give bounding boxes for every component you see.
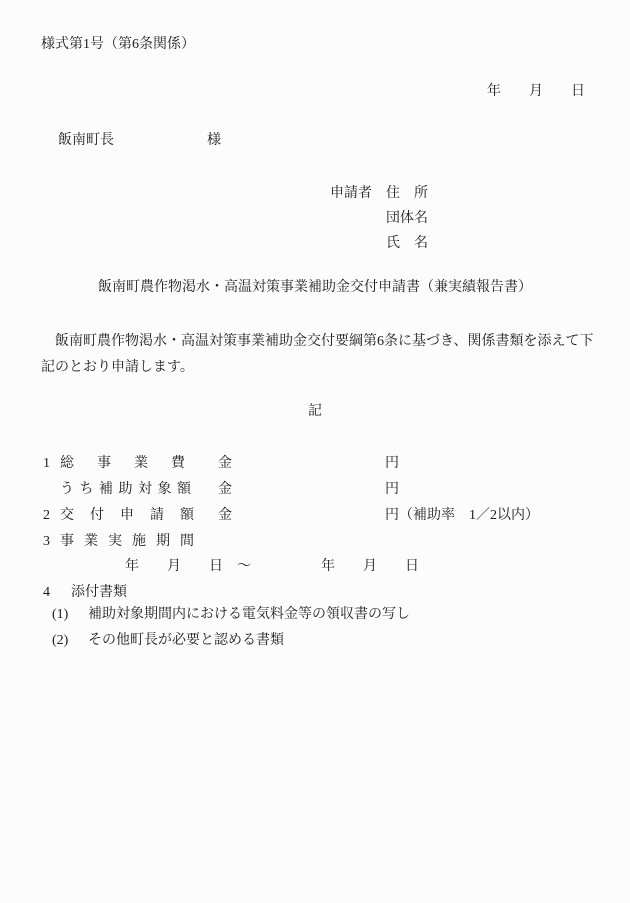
addressee-honorific: 様 [207, 133, 221, 149]
item-1-sub-label: うち補助対象額 [60, 482, 197, 498]
addressee: 飯南町長 [58, 133, 114, 149]
item-4-label: 添付書類 [71, 585, 127, 601]
document-page: 様式第1号（第6条関係） 年 月 日 飯南町長 様 申請者 住 所 団体名 氏 … [0, 0, 630, 903]
item-4-sub-2-number: (2) [52, 633, 68, 649]
item-1-number: 1 [43, 456, 50, 472]
item-3-dates-line: 年 月 日 〜 年 月 日 [125, 559, 419, 575]
item-2-yen-note: 円（補助率 1／2以内） [385, 508, 539, 524]
date-line: 年 月 日 [487, 84, 585, 100]
item-4-sub-1-number: (1) [52, 607, 68, 623]
item-2-kin: 金 [218, 508, 232, 524]
applicant-address-line: 申請者 住 所 [330, 186, 428, 202]
item-2-label: 交付申請額 [60, 508, 210, 524]
applicant-name-line: 氏 名 [386, 236, 428, 252]
item-2-number: 2 [43, 508, 50, 524]
form-number: 様式第1号（第6条関係） [41, 37, 195, 53]
item-3-number: 3 [43, 534, 50, 550]
document-title: 飯南町農作物渇水・高温対策事業補助金交付申請書（兼実績報告書） [0, 280, 630, 296]
item-1-kin: 金 [218, 456, 232, 472]
item-1-yen: 円 [385, 456, 399, 472]
item-1-label: 総事業費 [60, 456, 208, 472]
body-line-2: 記のとおり申請します。 [41, 360, 194, 376]
applicant-org-line: 団体名 [386, 211, 428, 227]
item-3-label: 事業実施期間 [60, 534, 204, 550]
item-4-sub-2-text: その他町長が必要と認める書類 [88, 633, 284, 649]
item-1-sub-yen: 円 [385, 482, 399, 498]
item-1-sub-kin: 金 [218, 482, 232, 498]
ki-heading: 記 [0, 404, 630, 420]
item-4-number: 4 [43, 585, 50, 601]
item-4-sub-1-text: 補助対象期間内における電気料金等の領収書の写し [88, 607, 410, 623]
body-line-1: 飯南町農作物渇水・高温対策事業補助金交付要綱第6条に基づき、関係書類を添えて下 [41, 334, 593, 350]
